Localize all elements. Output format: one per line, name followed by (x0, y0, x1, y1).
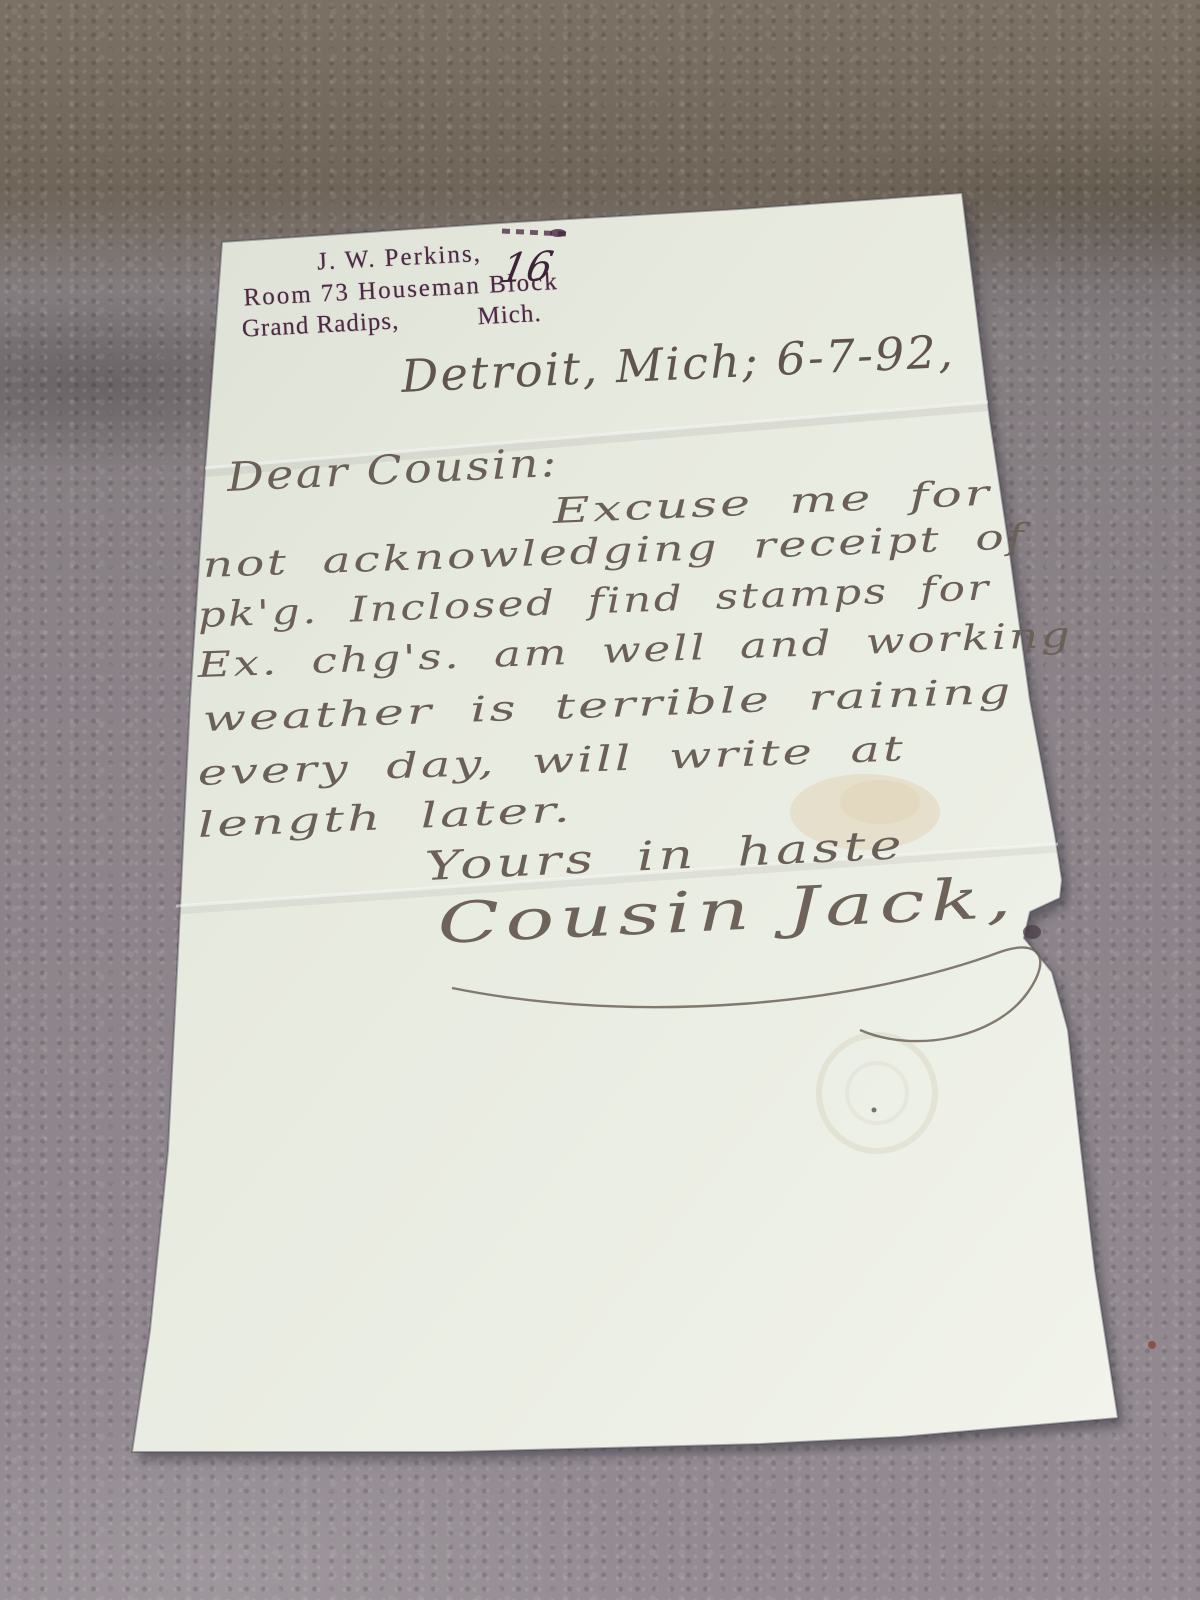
letter-content: J. W. Perkins, Room 73 Houseman Block Gr… (0, 0, 1200, 1600)
handwritten-number: 16 (497, 243, 557, 292)
photo-of-letter: J. W. Perkins, Room 73 Houseman Block Gr… (0, 0, 1200, 1600)
letterhead-city: Grand Radips, (241, 307, 400, 343)
body-line: every day, will write at (197, 729, 906, 794)
letterhead-state: Mich. (477, 300, 542, 331)
date-line: Detroit, Mich; 6-7-92, (400, 325, 956, 403)
body-line: length later. (197, 790, 573, 846)
salutation: Dear Cousin: (226, 440, 559, 501)
